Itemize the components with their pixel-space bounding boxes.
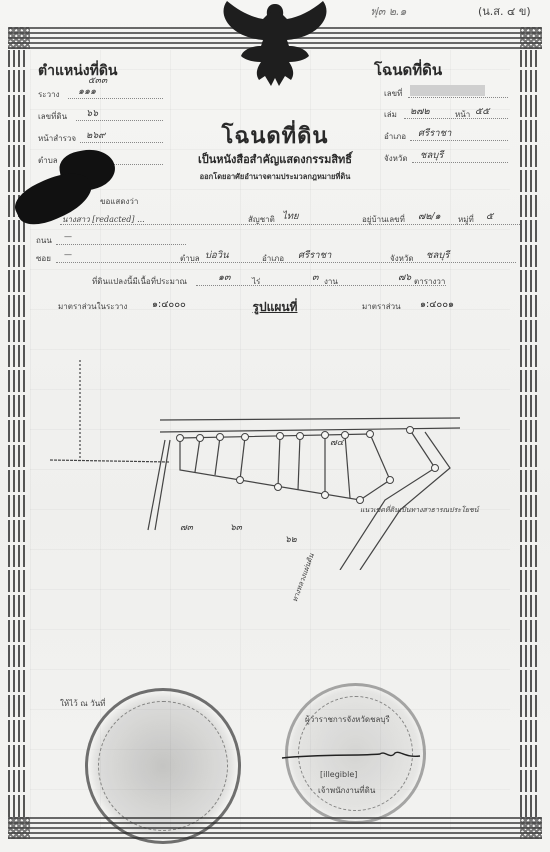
given-at-label: ให้ไว้ ณ วันที่	[60, 697, 105, 710]
parcel-map	[40, 340, 520, 570]
parcel-label: ๖๒	[285, 532, 297, 546]
area-wa: ๗๖	[398, 270, 411, 285]
owner-prefix-label: ขอแสดงว่า	[100, 195, 138, 208]
wa-label: ตารางวา	[414, 275, 445, 288]
land-title-deed-page: ฟุ๓ ๒.๑ (น.ส. ๔ ข) ตำแหน่งที่ดิน ๕๓๓ ระว…	[0, 0, 550, 852]
field-value: ๕๕	[475, 104, 489, 119]
scale-right-label: มาตราส่วน	[362, 300, 401, 313]
field-value: ๒๗๒	[410, 104, 430, 119]
document-authority: ออกโดยอาศัยอำนาจตามประมวลกฎหมายที่ดิน	[0, 171, 550, 183]
redacted-deed-number	[410, 85, 485, 96]
map-note: แนวเขตที่ดินเป็นทางสาธารณประโยชน์	[360, 505, 479, 516]
nationality-value: ไทย	[282, 209, 299, 224]
rai-label: ไร่	[252, 275, 260, 288]
decorative-border-bottom	[8, 817, 542, 839]
amphoe-value: ศรีราชา	[298, 248, 331, 263]
border-corner-icon	[520, 27, 542, 49]
province-label: จังหวัด	[390, 252, 414, 265]
form-code: (น.ส. ๔ ข)	[478, 2, 531, 20]
border-corner-icon	[520, 817, 542, 839]
soi-value: —	[64, 250, 72, 259]
moo-label: หมู่ที่	[458, 213, 474, 226]
province-value: ชลบุรี	[426, 248, 449, 263]
amphoe-label: อำเภอ	[262, 252, 284, 265]
field-label: ระวาง	[38, 88, 59, 101]
road-value: —	[64, 232, 72, 241]
handwritten-note: ฟุ๓ ๒.๑	[370, 2, 407, 20]
tambon-value: บ่อวิน	[205, 248, 229, 263]
border-corner-icon	[8, 817, 30, 839]
parcel-label: ๗๓	[180, 520, 193, 534]
parcel-label: ๖๓	[230, 520, 242, 534]
scale-right-value: ๑:๔๐๐๑	[420, 297, 454, 312]
soi-label: ซอย	[36, 252, 51, 265]
house-number: ๗๒/๑	[418, 209, 441, 224]
road-label: ถนน	[36, 234, 52, 247]
field-value: ๑๑๑	[78, 84, 96, 99]
document-title: โฉนดที่ดิน	[0, 118, 550, 153]
area-rai: ๑๓	[218, 270, 231, 285]
signature-icon	[280, 748, 430, 762]
border-corner-icon	[8, 27, 30, 49]
garuda-emblem-icon	[200, 0, 350, 96]
nationality-label: สัญชาติ	[248, 213, 275, 226]
official-name: [illegible]	[320, 770, 357, 779]
area-ngan: ๓	[312, 270, 319, 285]
address-label: อยู่บ้านเลขที่	[362, 213, 405, 226]
document-subtitle: เป็นหนังสือสำคัญแสดงกรรมสิทธิ์	[0, 150, 550, 168]
area-label: ที่ดินแปลงนี้มีเนื้อที่ประมาณ	[92, 275, 187, 288]
parcel-label: ๗๔	[330, 435, 344, 449]
official-title: เจ้าพนักงานที่ดิน	[318, 784, 375, 797]
map-title: รูปแผนที่	[0, 298, 550, 317]
official-seal-left	[85, 688, 241, 844]
field-label: เลขที่	[384, 87, 402, 100]
tambon-label: ตำบล	[180, 252, 200, 265]
moo-value: ๕	[486, 209, 493, 224]
right-box-title: โฉนดที่ดิน	[374, 58, 442, 82]
ngan-label: งาน	[324, 275, 338, 288]
